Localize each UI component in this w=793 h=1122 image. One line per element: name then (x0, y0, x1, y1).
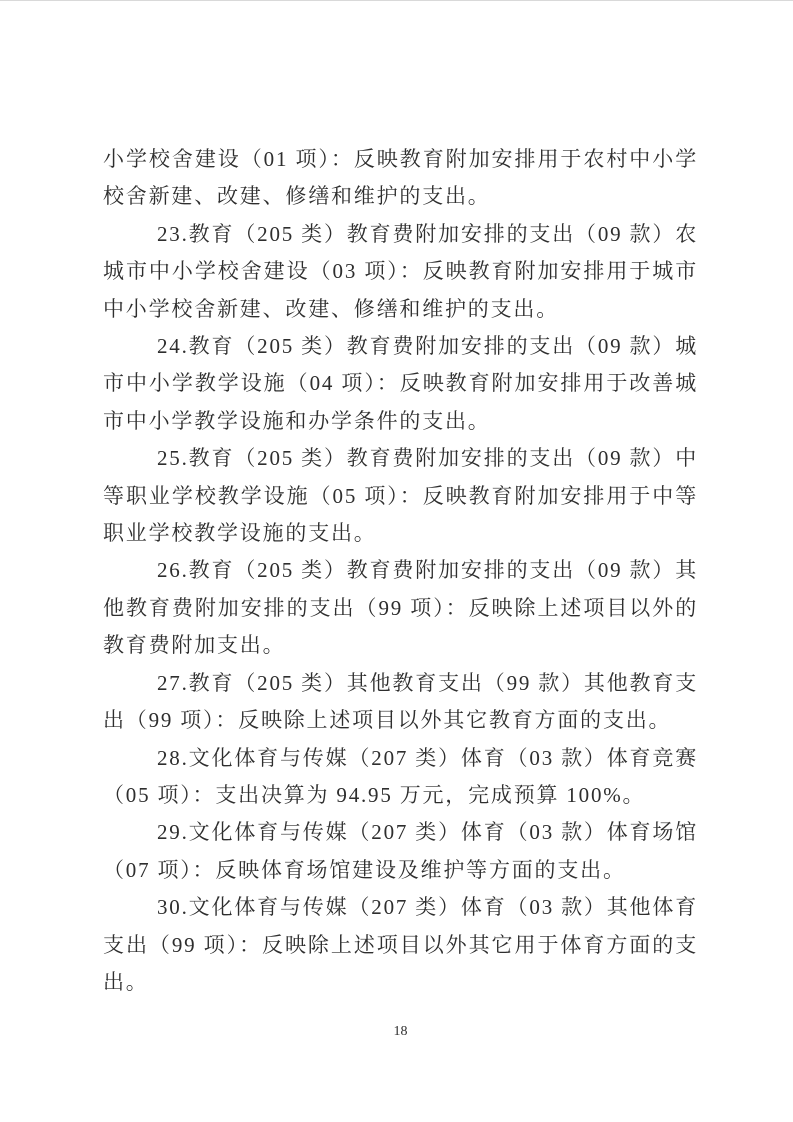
paragraph-item-27: 27.教育（205 类）其他教育支出（99 款）其他教育支出（99 项）：反映除… (103, 665, 698, 740)
paragraph-continuation: 小学校舍建设（01 项）：反映教育附加安排用于农村中小学校舍新建、改建、修缮和维… (103, 141, 698, 216)
document-page: 小学校舍建设（01 项）：反映教育附加安排用于农村中小学校舍新建、改建、修缮和维… (0, 0, 793, 1122)
paragraph-item-30: 30.文化体育与传媒（207 类）体育（03 款）其他体育支出（99 项）：反映… (103, 889, 698, 1001)
page-top-rule (0, 0, 793, 1)
page-number: 18 (103, 1024, 698, 1040)
paragraph-item-29: 29.文化体育与传媒（207 类）体育（03 款）体育场馆（07 项）：反映体育… (103, 814, 698, 889)
paragraph-item-28: 28.文化体育与传媒（207 类）体育（03 款）体育竞赛（05 项）：支出决算… (103, 740, 698, 815)
paragraph-item-26: 26.教育（205 类）教育费附加安排的支出（09 款）其他教育费附加安排的支出… (103, 552, 698, 664)
document-body: 小学校舍建设（01 项）：反映教育附加安排用于农村中小学校舍新建、改建、修缮和维… (103, 141, 698, 1001)
paragraph-item-25: 25.教育（205 类）教育费附加安排的支出（09 款）中等职业学校教学设施（0… (103, 440, 698, 552)
paragraph-item-24: 24.教育（205 类）教育费附加安排的支出（09 款）城市中小学教学设施（04… (103, 328, 698, 440)
paragraph-item-23: 23.教育（205 类）教育费附加安排的支出（09 款）农城市中小学校舍建设（0… (103, 216, 698, 328)
